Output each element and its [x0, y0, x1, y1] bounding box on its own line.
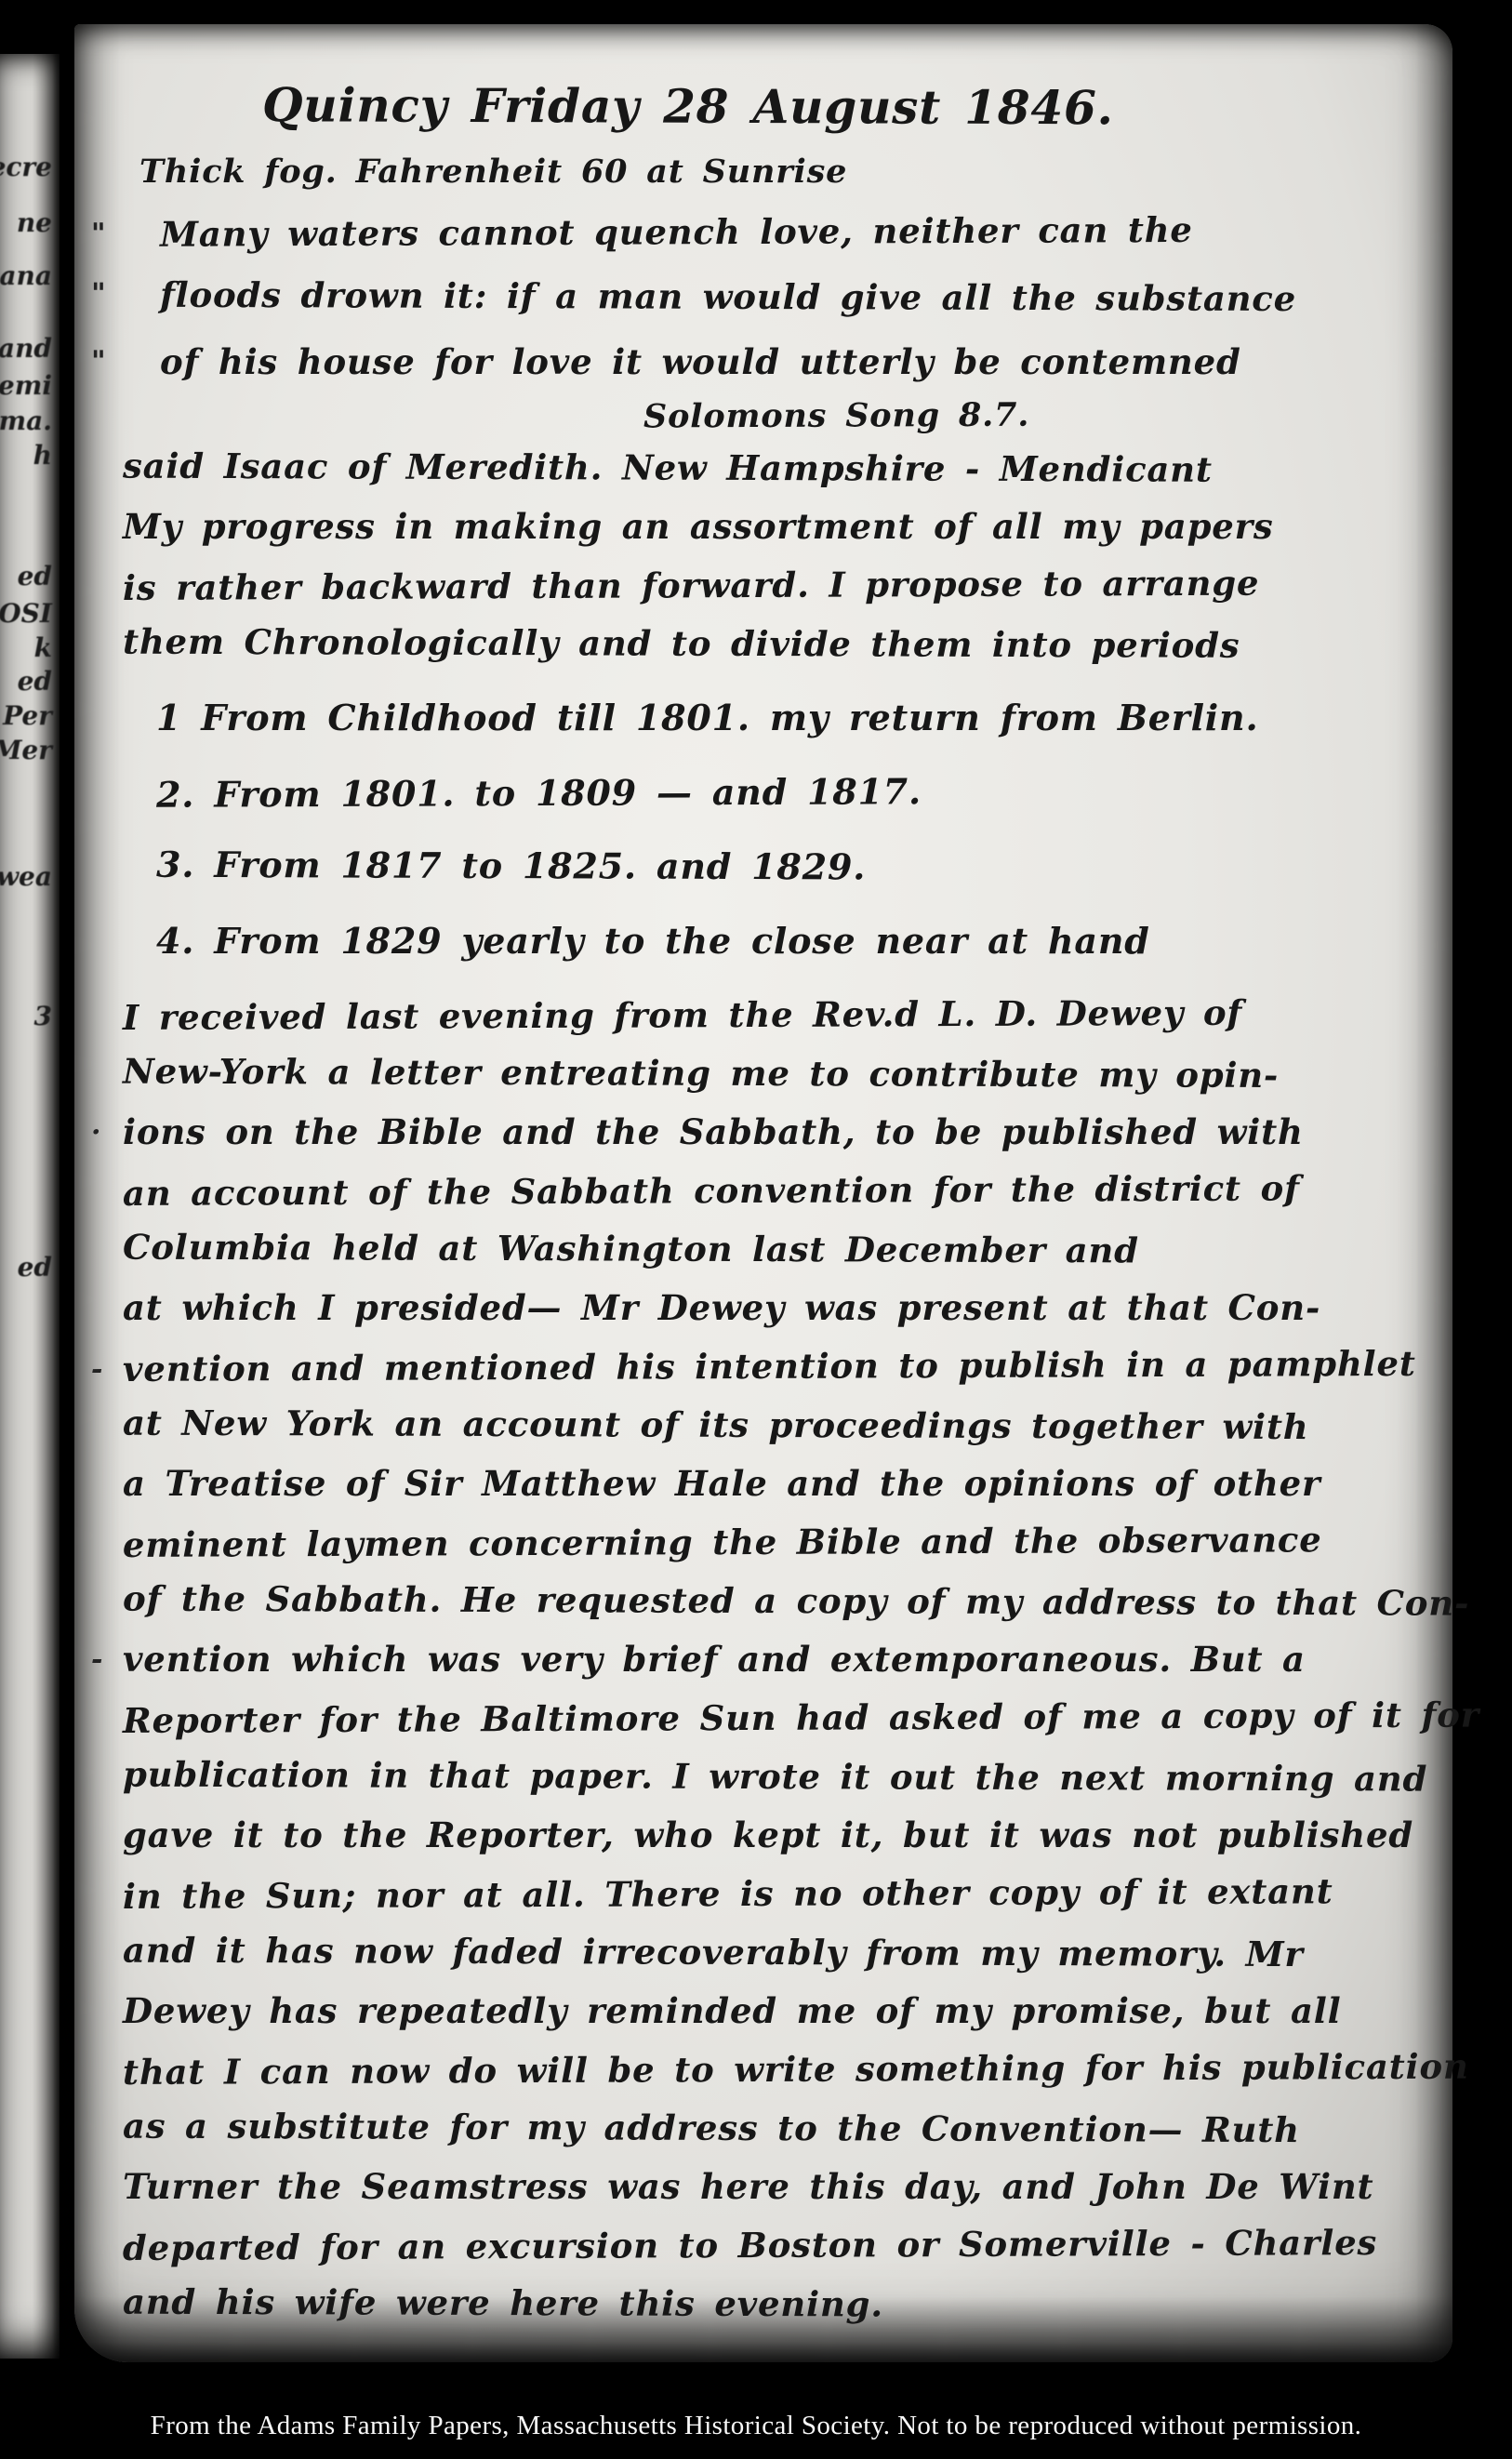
neighbor-page-fragment: ma. — [0, 405, 52, 436]
page-bottom-shadow — [74, 2297, 1452, 2362]
handwriting-line-list: 3. From 1817 to 1825. and 1829. — [123, 835, 1380, 899]
handwriting-line-body: ·ions on the Bible and the Sabbath, to b… — [123, 1103, 1380, 1162]
handwriting-text: Many waters cannot quench love, neither … — [160, 209, 1193, 255]
neighbor-page-fragment: ed — [18, 1252, 52, 1283]
handwriting-text: vention which was very brief and extempo… — [123, 1639, 1306, 1680]
handwriting-line-body: and it has now faded irrecoverably from … — [123, 1921, 1380, 1985]
handwriting-line-body: -vention which was very brief and extemp… — [123, 1630, 1380, 1689]
neighbor-page-fragment: and — [0, 333, 52, 364]
handwriting-line-attrib: Solomons Song 8.7. — [123, 392, 1380, 442]
handwriting-line-body: as a substitute for my address to the Co… — [123, 2097, 1380, 2160]
margin-mark: " — [91, 262, 107, 327]
neighbor-page-fragment: ana — [0, 260, 52, 291]
handwriting-line-body: of the Sabbath. He requested a copy of m… — [123, 1570, 1380, 1633]
handwriting-text: at which I presided— Mr Dewey was presen… — [123, 1287, 1320, 1328]
neighbor-page-fragment: wea — [0, 861, 52, 892]
handwriting-line-body: a Treatise of Sir Matthew Hale and the o… — [123, 1455, 1380, 1513]
neighbor-page-fragment: k — [34, 632, 52, 663]
neighbor-page-fragment: ecre — [0, 152, 52, 182]
neighbor-page-fragment: Mer — [0, 735, 52, 765]
diary-page: Quincy Friday 28 August 1846.Thick fog. … — [74, 24, 1452, 2362]
handwriting-line-body: My progress in making an assortment of a… — [123, 498, 1380, 556]
handwriting-line-quote: "floods drown it: if a man would give al… — [123, 262, 1380, 332]
handwriting-line-body: said Isaac of Meredith. New Hampshire - … — [123, 437, 1380, 500]
handwriting-line-body: in the Sun; nor at all. There is no othe… — [123, 1862, 1380, 1926]
handwriting-text: that I can now do will be to write somet… — [123, 2046, 1469, 2093]
handwriting-line-body: an account of the Sabbath convention for… — [123, 1159, 1380, 1223]
handwriting-text: an account of the Sabbath convention for… — [123, 1167, 1300, 1214]
handwriting-text: ions on the Bible and the Sabbath, to be… — [123, 1111, 1304, 1152]
handwriting-text: My progress in making an assortment of a… — [123, 506, 1274, 547]
neighbor-page-fragment: emi — [0, 370, 52, 401]
handwriting-line-body: Columbia held at Washington last Decembe… — [123, 1218, 1380, 1282]
handwriting-text: eminent laymen concerning the Bible and … — [123, 1519, 1322, 1565]
handwriting-line-body: New-York a letter entreating me to contr… — [123, 1043, 1380, 1106]
handwriting-line-list: 1 From Childhood till 1801. my return fr… — [123, 688, 1380, 748]
handwriting-text: 4. From 1829 yearly to the close near at… — [156, 920, 1150, 962]
handwriting-line-heading: Quincy Friday 28 August 1846. — [123, 74, 1380, 140]
handwriting-text: at New York an account of its proceeding… — [123, 1402, 1309, 1447]
handwriting-line-body: Turner the Seamstress was here this day,… — [123, 2158, 1380, 2216]
neighbor-page-fragment: ed — [18, 666, 52, 697]
handwriting-text: Dewey has repeatedly reminded me of my p… — [123, 1990, 1341, 2031]
handwriting-text: as a substitute for my address to the Co… — [123, 2106, 1300, 2150]
handwriting-line-list: 2. From 1801. to 1809 — and 1817. — [123, 760, 1380, 825]
handwriting-text: Turner the Seamstress was here this day,… — [123, 2166, 1373, 2207]
handwriting-line-body: departed for an excursion to Boston or S… — [123, 2213, 1380, 2278]
handwriting-line-body: publication in that paper. I wrote it ou… — [123, 1746, 1380, 1809]
handwriting-line-body: Reporter for the Baltimore Sun had asked… — [123, 1686, 1380, 1750]
handwriting-line-body: at New York an account of its proceeding… — [123, 1394, 1380, 1457]
neighbor-page-fragment: ed — [18, 561, 52, 591]
handwriting-text: gave it to the Reporter, who kept it, bu… — [123, 1814, 1413, 1855]
archive-caption: From the Adams Family Papers, Massachuse… — [0, 2411, 1512, 2441]
handwriting-line-body: eminent laymen concerning the Bible and … — [123, 1510, 1380, 1575]
handwriting-line-body: that I can now do will be to write somet… — [123, 2038, 1380, 2102]
margin-mark: " — [91, 329, 106, 394]
handwriting-text: said Isaac of Meredith. New Hampshire - … — [123, 445, 1213, 490]
handwriting-line-body: I received last evening from the Rev.d L… — [123, 983, 1380, 1047]
handwriting-line-quote: "Many waters cannot quench love, neither… — [123, 196, 1380, 267]
handwriting-text: Thick fog. Fahrenheit 60 at Sunrise — [139, 153, 847, 191]
handwriting-line-quote: "of his house for love it would utterly … — [123, 329, 1380, 394]
handwriting-text: of the Sabbath. He requested a copy of m… — [123, 1578, 1469, 1624]
handwriting-text: them Chronologically and to divide them … — [123, 621, 1240, 666]
margin-mark: - — [91, 1340, 104, 1399]
handwriting-text: 2. From 1801. to 1809 — and 1817. — [156, 770, 922, 816]
handwriting-text: 1 From Childhood till 1801. my return fr… — [156, 697, 1259, 738]
handwriting-text: a Treatise of Sir Matthew Hale and the o… — [123, 1463, 1320, 1504]
handwriting-line-body: Dewey has repeatedly reminded me of my p… — [123, 1982, 1380, 2040]
handwriting-text: departed for an excursion to Boston or S… — [123, 2222, 1377, 2268]
diary-scan: ecreneanaandemima.hedOSIkedPerMerwea3ed … — [0, 0, 1512, 2459]
handwriting-line-body: gave it to the Reporter, who kept it, bu… — [123, 1806, 1380, 1865]
previous-page-edge: ecreneanaandemima.hedOSIkedPerMerwea3ed — [0, 54, 60, 2359]
handwriting-line-body: -vention and mentioned his intention to … — [123, 1335, 1380, 1399]
neighbor-page-fragment: h — [33, 440, 52, 471]
handwriting-text: and it has now faded irrecoverably from … — [123, 1930, 1304, 1974]
handwriting-text: I received last evening from the Rev.d L… — [123, 992, 1242, 1038]
handwriting-text: publication in that paper. I wrote it ou… — [123, 1754, 1427, 1800]
handwriting-line-list: 4. From 1829 yearly to the close near at… — [123, 911, 1380, 971]
handwriting-line-meta: Thick fog. Fahrenheit 60 at Sunrise — [123, 147, 1380, 197]
handwriting-text: Quincy Friday 28 August 1846. — [262, 77, 1114, 135]
handwriting-text: Reporter for the Baltimore Sun had asked… — [123, 1695, 1479, 1741]
margin-mark: " — [91, 202, 107, 267]
handwriting-text: is rather backward than forward. I propo… — [123, 563, 1260, 608]
handwriting-text: Columbia held at Washington last Decembe… — [123, 1227, 1139, 1271]
margin-mark: - — [91, 1630, 103, 1689]
handwriting-text: New-York a letter entreating me to contr… — [123, 1051, 1279, 1096]
neighbor-page-fragment: Per — [3, 700, 52, 731]
handwriting-line-body: is rather backward than forward. I propo… — [123, 553, 1380, 618]
handwriting-text: of his house for love it would utterly b… — [160, 341, 1241, 382]
handwritten-entry: Quincy Friday 28 August 1846.Thick fog. … — [123, 76, 1380, 2333]
handwriting-text: floods drown it: if a man would give all… — [160, 274, 1296, 319]
neighbor-page-fragment: 3 — [34, 1001, 52, 1031]
margin-mark: · — [91, 1103, 101, 1162]
handwriting-text: in the Sun; nor at all. There is no othe… — [123, 1870, 1333, 1917]
handwriting-line-body: them Chronologically and to divide them … — [123, 613, 1380, 676]
handwriting-text: 3. From 1817 to 1825. and 1829. — [156, 844, 866, 888]
handwriting-text: Solomons Song 8.7. — [643, 396, 1029, 436]
handwriting-text: vention and mentioned his intention to p… — [123, 1343, 1416, 1389]
neighbor-page-fragment: ne — [17, 207, 52, 238]
neighbor-page-fragment: OSI — [0, 598, 52, 629]
handwriting-line-body: at which I presided— Mr Dewey was presen… — [123, 1279, 1380, 1337]
